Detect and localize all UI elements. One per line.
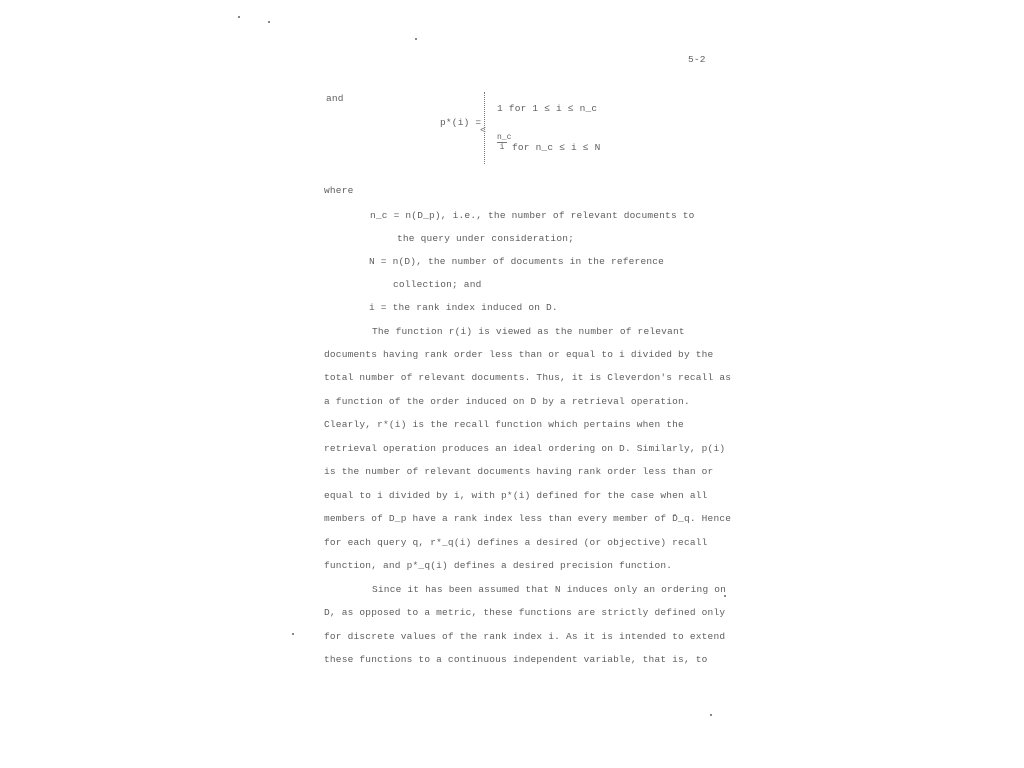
text-line: The function r(i) is viewed as the numbe… bbox=[372, 326, 685, 337]
scanned-document-page: 5-2 and p*(i) = < 1 for 1 ≤ i ≤ n_c n_c … bbox=[0, 0, 1024, 768]
definition-n: N = n(D), the number of documents in the… bbox=[369, 256, 664, 267]
text-line: a function of the order induced on D by … bbox=[324, 396, 690, 407]
scan-speck bbox=[268, 21, 270, 23]
equation-case-1: 1 for 1 ≤ i ≤ n_c bbox=[497, 103, 597, 114]
text-line: Clearly, r*(i) is the recall function wh… bbox=[324, 419, 684, 430]
fraction-numerator: n_c bbox=[497, 133, 507, 143]
where-label: where bbox=[324, 185, 354, 196]
scan-speck bbox=[710, 714, 712, 716]
intro-word: and bbox=[326, 93, 344, 104]
definition-i: i = the rank index induced on D. bbox=[369, 302, 558, 313]
scan-speck bbox=[415, 38, 417, 40]
text-line: these functions to a continuous independ… bbox=[324, 654, 708, 665]
definition-nc-cont: the query under consideration; bbox=[397, 233, 574, 244]
text-line: for discrete values of the rank index i.… bbox=[324, 631, 725, 642]
text-line: total number of relevant documents. Thus… bbox=[324, 372, 731, 383]
text-line: Since it has been assumed that N induces… bbox=[372, 584, 726, 595]
scan-speck bbox=[238, 16, 240, 18]
text-line: documents having rank order less than or… bbox=[324, 349, 713, 360]
text-line: members of D_p have a rank index less th… bbox=[324, 513, 731, 524]
text-line: function, and p*_q(i) defines a desired … bbox=[324, 560, 672, 571]
text-line: D, as opposed to a metric, these functio… bbox=[324, 607, 725, 618]
definition-n-cont: collection; and bbox=[393, 279, 482, 290]
page-number: 5-2 bbox=[688, 54, 706, 65]
text-line: retrieval operation produces an ideal or… bbox=[324, 443, 725, 454]
text-line: is the number of relevant documents havi… bbox=[324, 466, 713, 477]
brace-point-icon: < bbox=[480, 126, 486, 137]
fraction-denominator: i bbox=[497, 143, 507, 152]
scan-speck bbox=[292, 633, 294, 635]
equation-fraction: n_c i bbox=[497, 133, 507, 152]
scan-speck bbox=[724, 595, 726, 597]
text-line: equal to i divided by i, with p*(i) defi… bbox=[324, 490, 708, 501]
definition-nc: n_c = n(D_p), i.e., the number of releva… bbox=[370, 210, 695, 221]
equation-lhs: p*(i) = bbox=[440, 117, 481, 128]
equation-case-2: for n_c ≤ i ≤ N bbox=[512, 142, 601, 153]
text-line: for each query q, r*_q(i) defines a desi… bbox=[324, 537, 708, 548]
